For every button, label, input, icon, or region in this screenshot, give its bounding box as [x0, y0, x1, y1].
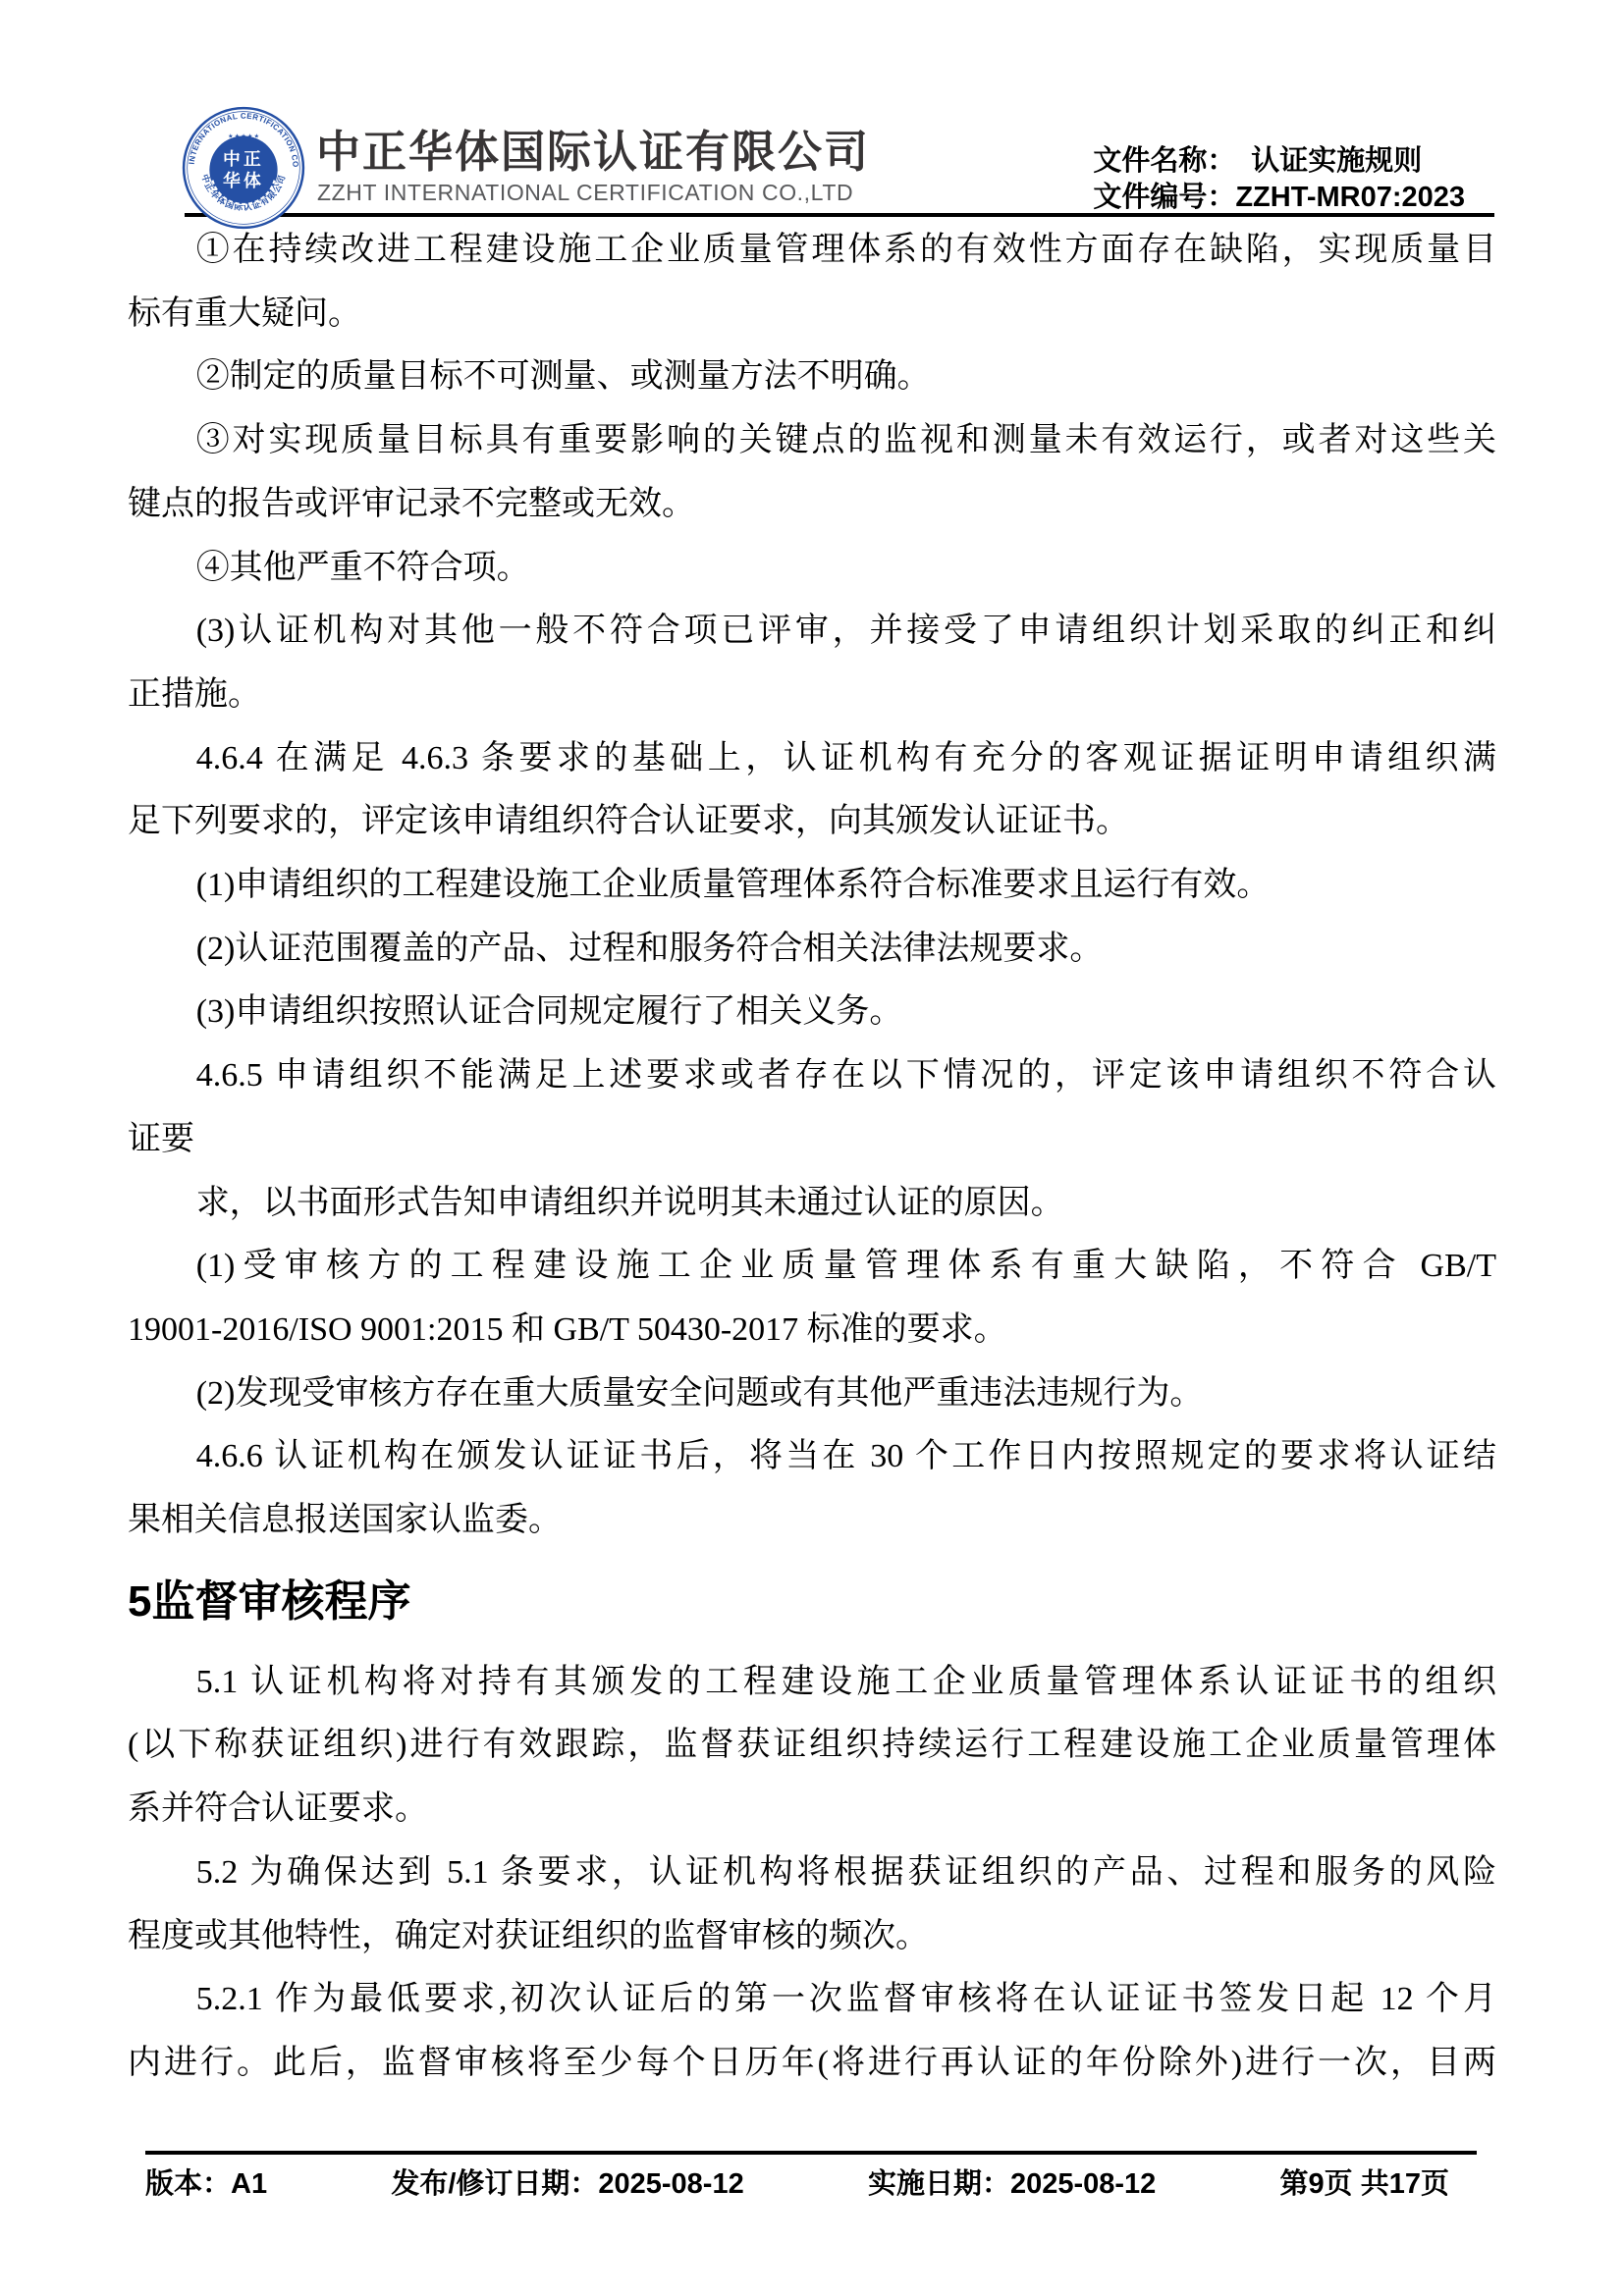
text-line: 5.2.1 作为最低要求,初次认证后的第一次监督审核将在认证证书签发日起 12 …	[128, 1968, 1496, 2032]
implementation-date-value: 2025-08-12	[1010, 2168, 1156, 2200]
text-line: ②制定的质量目标不可测量、或测量方法不明确。	[128, 346, 1496, 409]
company-name-en: ZZHT INTERNATIONAL CERTIFICATION CO.,LTD	[317, 180, 853, 206]
text-line: ①在持续改进工程建设施工企业质量管理体系的有效性方面存在缺陷，实现质量目	[128, 219, 1496, 283]
release-date-label: 发布/修订日期：	[391, 2168, 598, 2200]
footer-version: 版本：A1	[145, 2162, 267, 2202]
text-line: (3)申请组织按照认证合同规定履行了相关义务。	[128, 981, 1496, 1044]
text-line: (1)受审核方的工程建设施工企业质量管理体系有重大缺陷，不符合 GB/T	[128, 1235, 1496, 1299]
text-line: 求，以书面形式告知申请组织并说明其未通过认证的原因。	[128, 1172, 1496, 1236]
doc-name-value: 认证实施规则	[1251, 145, 1422, 177]
doc-number-row: 文件编号：ZZHT-MR07:2023	[1093, 180, 1465, 216]
doc-name-label: 文件名称：	[1093, 145, 1235, 177]
svg-text:华体: 华体	[223, 170, 264, 190]
company-name-cn: 中正华体国际认证有限公司	[316, 116, 870, 180]
text-line: 标有重大疑问。	[128, 283, 1496, 347]
text-line: 系并符合认证要求。	[128, 1778, 1496, 1842]
text-line: 足下列要求的，评定该申请组织符合认证要求，向其颁发认证证书。	[128, 790, 1496, 854]
footer-page-info: 第9页 共17页	[1280, 2162, 1449, 2202]
release-date-value: 2025-08-12	[598, 2168, 743, 2200]
implementation-date-label: 实施日期：	[868, 2168, 1010, 2200]
text-line: 19001-2016/ISO 9001:2015 和 GB/T 50430-20…	[128, 1299, 1496, 1362]
footer-divider	[145, 2151, 1477, 2155]
text-line: ④其他严重不符合项。	[128, 537, 1496, 601]
text-line: (2)发现受审核方存在重大质量安全问题或有其他严重违法违规行为。	[128, 1362, 1496, 1426]
text-line: (2)认证范围覆盖的产品、过程和服务符合相关法律法规要求。	[128, 918, 1496, 982]
text-line: (3)认证机构对其他一般不符合项已评审，并接受了申请组织计划采取的纠正和纠	[128, 600, 1496, 664]
text-line: 4.6.4 在满足 4.6.3 条要求的基础上，认证机构有充分的客观证据证明申请…	[128, 727, 1496, 791]
doc-number-value: ZZHT-MR07:2023	[1235, 182, 1465, 213]
text-line: 4.6.6 认证机构在颁发认证证书后，将当在 30 个工作日内按照规定的要求将认…	[128, 1425, 1496, 1489]
text-line: 4.6.5 申请组织不能满足上述要求或者存在以下情况的，评定该申请组织不符合认	[128, 1044, 1496, 1108]
text-line: 证要	[128, 1108, 1496, 1172]
text-line: ③对实现质量目标具有重要影响的关键点的监视和测量未有效运行，或者对这些关	[128, 409, 1496, 473]
version-label: 版本：	[145, 2168, 231, 2200]
text-line: 5.1 认证机构将对持有其颁发的工程建设施工企业质量管理体系认证证书的组织	[128, 1651, 1496, 1715]
text-line: 5.2 为确保达到 5.1 条要求，认证机构将根据获证组织的产品、过程和服务的风…	[128, 1842, 1496, 1905]
header-divider	[185, 213, 1494, 217]
text-line: (以下称获证组织)进行有效跟踪，监督获证组织持续运行工程建设施工企业质量管理体	[128, 1714, 1496, 1778]
text-line: 键点的报告或评审记录不完整或无效。	[128, 473, 1496, 537]
text-line: (1)申请组织的工程建设施工企业质量管理体系符合标准要求且运行有效。	[128, 854, 1496, 918]
text-line: 果相关信息报送国家认监委。	[128, 1489, 1496, 1553]
text-line: 内进行。此后，监督审核将至少每个日历年(将进行再认证的年份除外)进行一次，目两	[128, 2032, 1496, 2096]
version-value: A1	[231, 2168, 267, 2200]
document-body: ①在持续改进工程建设施工企业质量管理体系的有效性方面存在缺陷，实现质量目 标有重…	[128, 219, 1496, 2096]
section-heading: 5监督审核程序	[128, 1553, 1496, 1651]
company-seal-logo: ZZHT INTERNATIONAL CERTIFICATION CO.,LTD…	[182, 106, 305, 230]
doc-name-row: 文件名称：认证实施规则	[1093, 143, 1465, 180]
doc-number-label: 文件编号：	[1093, 182, 1235, 213]
footer-row: 版本：A1 发布/修订日期：2025-08-12 实施日期：2025-08-12…	[145, 2162, 1449, 2202]
text-line: 正措施。	[128, 664, 1496, 727]
text-line: 程度或其他特性，确定对获证组织的监督审核的频次。	[128, 1905, 1496, 1969]
footer-implementation-date: 实施日期：2025-08-12	[868, 2162, 1156, 2202]
document-meta: 文件名称：认证实施规则 文件编号：ZZHT-MR07:2023	[1093, 143, 1465, 216]
svg-text:中正: 中正	[223, 148, 264, 169]
footer-release-date: 发布/修订日期：2025-08-12	[391, 2162, 743, 2202]
document-page: ZZHT INTERNATIONAL CERTIFICATION CO.,LTD…	[0, 0, 1624, 2296]
